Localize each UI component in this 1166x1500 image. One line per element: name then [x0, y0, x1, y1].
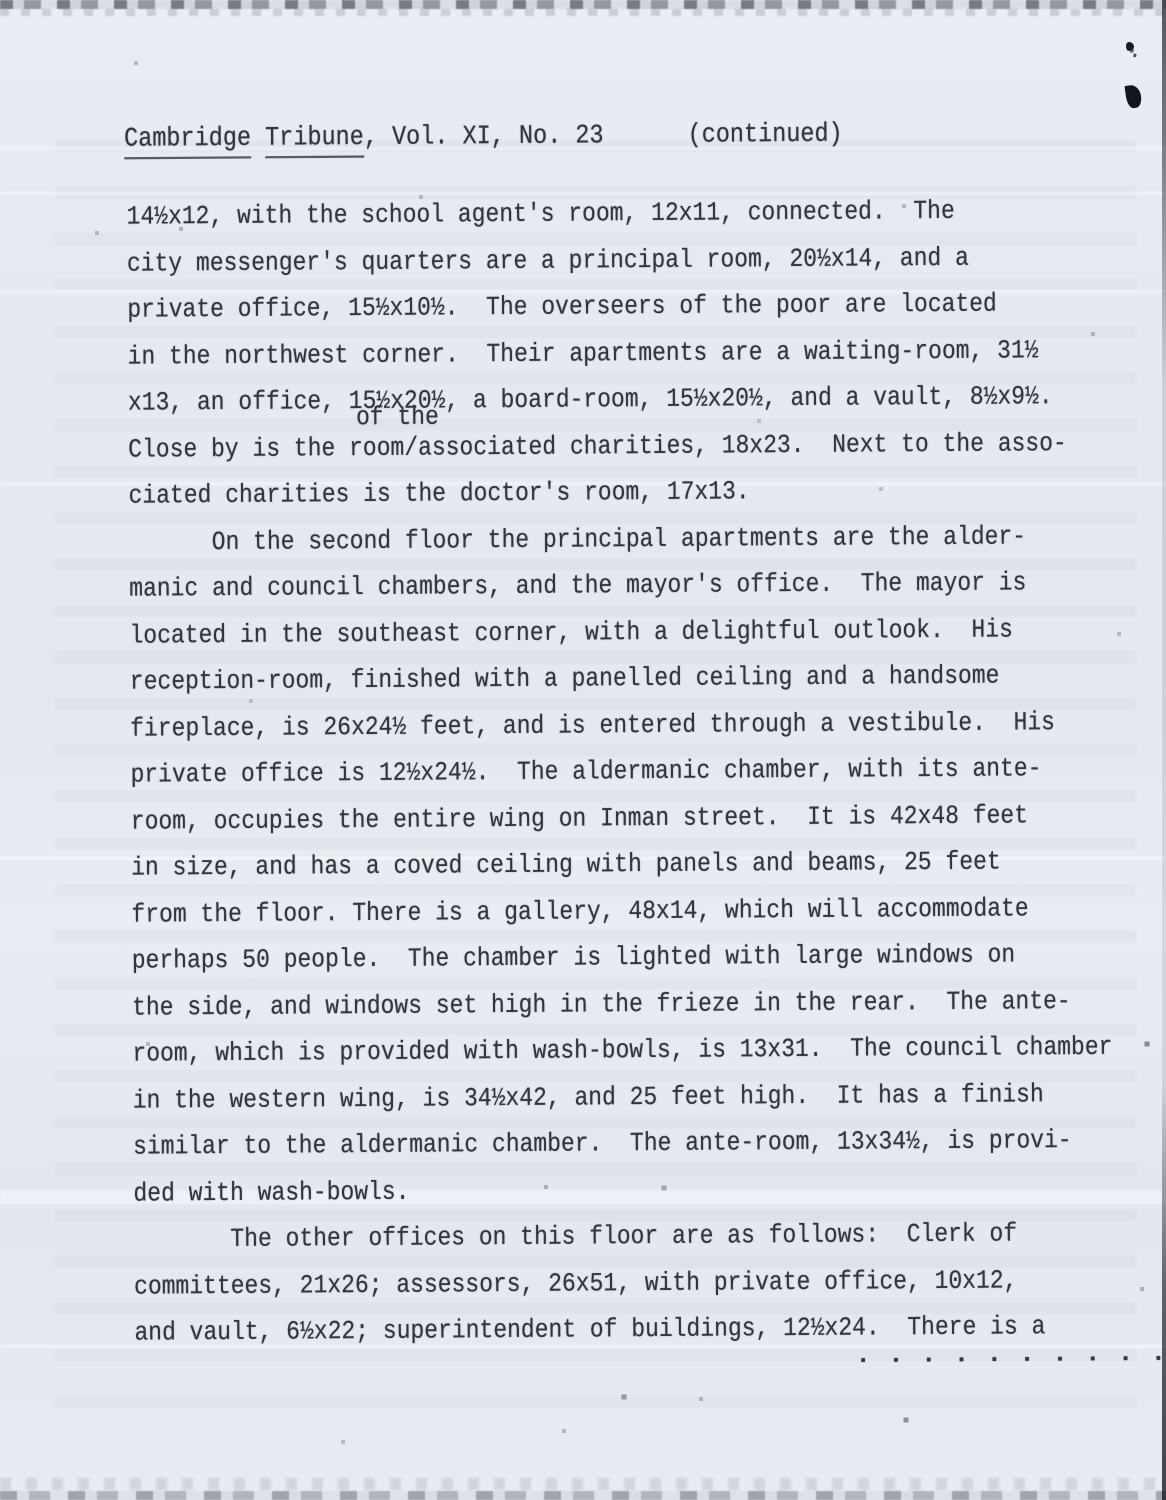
text-line: reception-room, finished with a panelled…	[130, 660, 1110, 713]
text-line: perhaps 50 people. The chamber is lighte…	[132, 939, 1112, 992]
scan-right-edge-artifact	[1162, 0, 1166, 1500]
text-line: ded with wash-bowls.	[133, 1172, 1113, 1225]
text-line: city messenger's quarters are a principa…	[127, 242, 1107, 295]
text-line: room, occupies the entire wing on Inman …	[131, 800, 1111, 853]
header-issue: , Vol. XI, No. 23	[364, 121, 604, 153]
text-line: committees, 21x26; assessors, 26x51, wit…	[134, 1265, 1114, 1318]
continued-label: (continued)	[687, 119, 842, 151]
insertion-note: of the	[356, 402, 439, 432]
scan-top-edge-artifact	[0, 0, 1166, 9]
text-line: fireplace, is 26x24½ feet, and is entere…	[130, 707, 1110, 760]
header-title-word: Cambridge	[124, 123, 251, 159]
text-line: in the northwest corner. Their apartment…	[127, 335, 1107, 388]
document-body: 14½x12, with the school agent's room, 12…	[127, 195, 1115, 1364]
text-line: manic and council chambers, and the mayo…	[129, 567, 1109, 620]
text-line: private office, 15½x10½. The overseers o…	[127, 288, 1107, 341]
text-line: room, which is provided with wash-bowls,…	[132, 1032, 1112, 1085]
scanned-document-page: Cambridge Tribune, Vol. XI, No. 23(conti…	[0, 0, 1166, 1500]
typewritten-content: Cambridge Tribune, Vol. XI, No. 23(conti…	[0, 0, 1166, 1500]
ellipsis-dots: . . . . . . . . . .	[855, 1339, 1166, 1370]
text-line: the side, and windows set high in the fr…	[132, 986, 1112, 1039]
text-line: On the second floor the principal apartm…	[129, 521, 1109, 574]
text-line: similar to the aldermanic chamber. The a…	[133, 1125, 1113, 1178]
text-line: located in the southeast corner, with a …	[129, 614, 1109, 667]
text-line: ciated charities is the doctor's room, 1…	[128, 474, 1108, 527]
text-line: private office is 12½x24½. The aldermani…	[130, 753, 1110, 806]
scan-bottom-edge-artifact	[0, 1491, 1166, 1500]
text-line: in the western wing, is 34½x42, and 25 f…	[133, 1079, 1113, 1132]
document-header: Cambridge Tribune, Vol. XI, No. 23(conti…	[124, 119, 843, 151]
scan-bottom-edge-fade	[0, 1478, 1166, 1490]
scan-top-edge-fade	[0, 9, 1166, 16]
text-line: The other offices on this floor are as f…	[134, 1218, 1114, 1271]
text-line: from the floor. There is a gallery, 48x1…	[131, 893, 1111, 946]
text-line: x13, an office, 15½x20½, a board-room, 1…	[128, 381, 1108, 434]
text-line-with-insertion: of theClose by is the room/associated ch…	[128, 428, 1108, 481]
text-line: 14½x12, with the school agent's room, 12…	[127, 195, 1107, 248]
text-line: in size, and has a coved ceiling with pa…	[131, 846, 1111, 899]
header-title-word: Tribune	[265, 122, 364, 157]
